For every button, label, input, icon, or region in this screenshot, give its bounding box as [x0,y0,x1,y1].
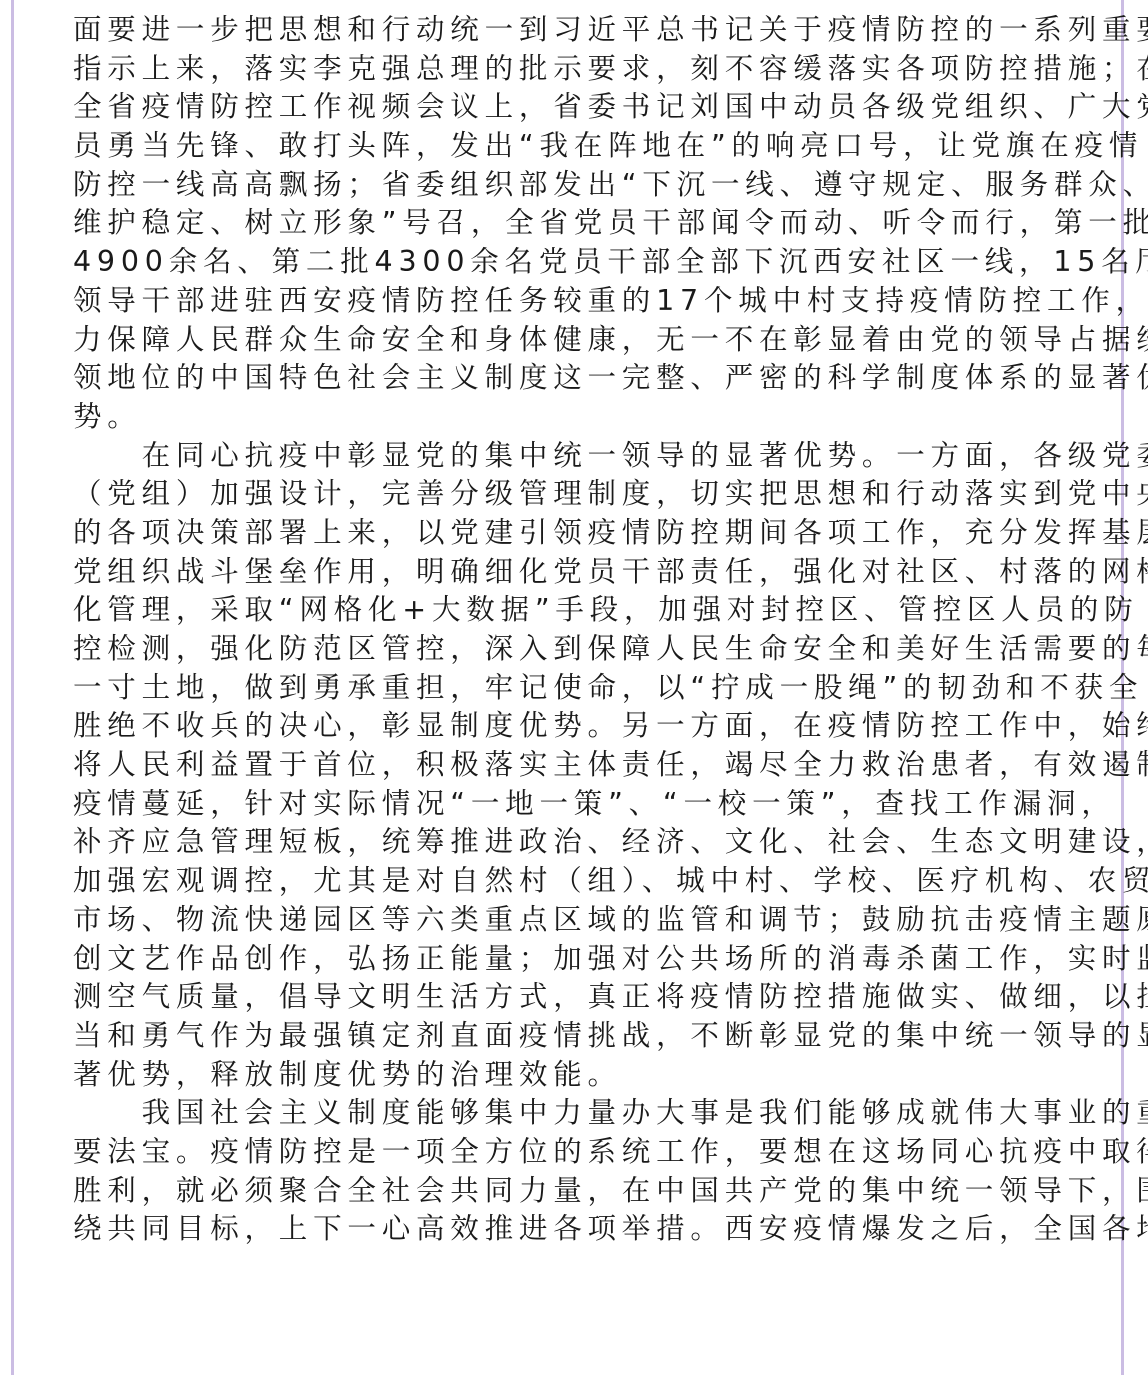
text-line: 化管理，采取“网格化+大数据”手段，加强对封控区、管控区人员的防 [73,591,1085,630]
text-line: 测空气质量，倡导文明生活方式，真正将疫情防控措施做实、做细，以担 [73,978,1085,1017]
text-line: 市场、物流快递园区等六类重点区域的监管和调节；鼓励抗击疫情主题原 [73,901,1085,940]
text-line: 员勇当先锋、敢打头阵，发出“我在阵地在”的响亮口号，让党旗在疫情 [73,127,1085,166]
paragraph-start-line: 我国社会主义制度能够集中力量办大事是我们能够成就伟大事业的重 [73,1094,1085,1133]
text-line: 加强宏观调控，尤其是对自然村（组）、城中村、学校、医疗机构、农贸 [73,862,1085,901]
text-line: 党组织战斗堡垒作用，明确细化党员干部责任，强化对社区、村落的网格 [73,553,1085,592]
text-line: 指示上来，落实李克强总理的批示要求，刻不容缓落实各项防控措施；在 [73,50,1085,89]
text-line: 著优势，释放制度优势的治理效能。 [73,1056,1085,1095]
article-body: 面要进一步把思想和行动统一到习近平总书记关于疫情防控的一系列重要 指示上来，落实… [73,11,1085,1249]
text-line: 领导干部进驻西安疫情防控任务较重的17个城中村支持疫情防控工作，全 [73,282,1085,321]
text-line: 势。 [73,398,1085,437]
text-line: 控检测，强化防范区管控，深入到保障人民生命安全和美好生活需要的每 [73,630,1085,669]
text-line: 的各项决策部署上来，以党建引领疫情防控期间各项工作，充分发挥基层 [73,514,1085,553]
text-line: 补齐应急管理短板，统筹推进政治、经济、文化、社会、生态文明建设， [73,823,1085,862]
text-line: 4900余名、第二批4300余名党员干部全部下沉西安社区一线，15名厅级 [73,243,1085,282]
text-line: 疫情蔓延，针对实际情况“一地一策”、“一校一策”，查找工作漏洞， [73,785,1085,824]
text-line: 力保障人民群众生命安全和身体健康，无一不在彰显着由党的领导占据统 [73,321,1085,360]
text-line: 胜绝不收兵的决心，彰显制度优势。另一方面，在疫情防控工作中，始终 [73,707,1085,746]
text-line: 将人民利益置于首位，积极落实主体责任，竭尽全力救治患者，有效遏制 [73,746,1085,785]
left-border [11,0,14,1375]
text-line: 面要进一步把思想和行动统一到习近平总书记关于疫情防控的一系列重要 [73,11,1085,50]
text-line: 领地位的中国特色社会主义制度这一完整、严密的科学制度体系的显著优 [73,359,1085,398]
paragraph-start-line: 在同心抗疫中彰显党的集中统一领导的显著优势。一方面，各级党委 [73,437,1085,476]
text-line: 要法宝。疫情防控是一项全方位的系统工作，要想在这场同心抗疫中取得 [73,1133,1085,1172]
text-line: 创文艺作品创作，弘扬正能量；加强对公共场所的消毒杀菌工作，实时监 [73,940,1085,979]
text-line: 一寸土地，做到勇承重担，牢记使命，以“拧成一股绳”的韧劲和不获全 [73,669,1085,708]
text-line: 绕共同目标，上下一心高效推进各项举措。西安疫情爆发之后，全国各地 [73,1210,1085,1249]
text-line: 防控一线高高飘扬；省委组织部发出“下沉一线、遵守规定、服务群众、 [73,166,1085,205]
text-line: （党组）加强设计，完善分级管理制度，切实把思想和行动落实到党中央 [73,475,1085,514]
text-line: 维护稳定、树立形象”号召，全省党员干部闻令而动、听令而行，第一批 [73,204,1085,243]
text-line: 全省疫情防控工作视频会议上，省委书记刘国中动员各级党组织、广大党 [73,88,1085,127]
text-line: 当和勇气作为最强镇定剂直面疫情挑战，不断彰显党的集中统一领导的显 [73,1017,1085,1056]
text-line: 胜利，就必须聚合全社会共同力量，在中国共产党的集中统一领导下，围 [73,1172,1085,1211]
